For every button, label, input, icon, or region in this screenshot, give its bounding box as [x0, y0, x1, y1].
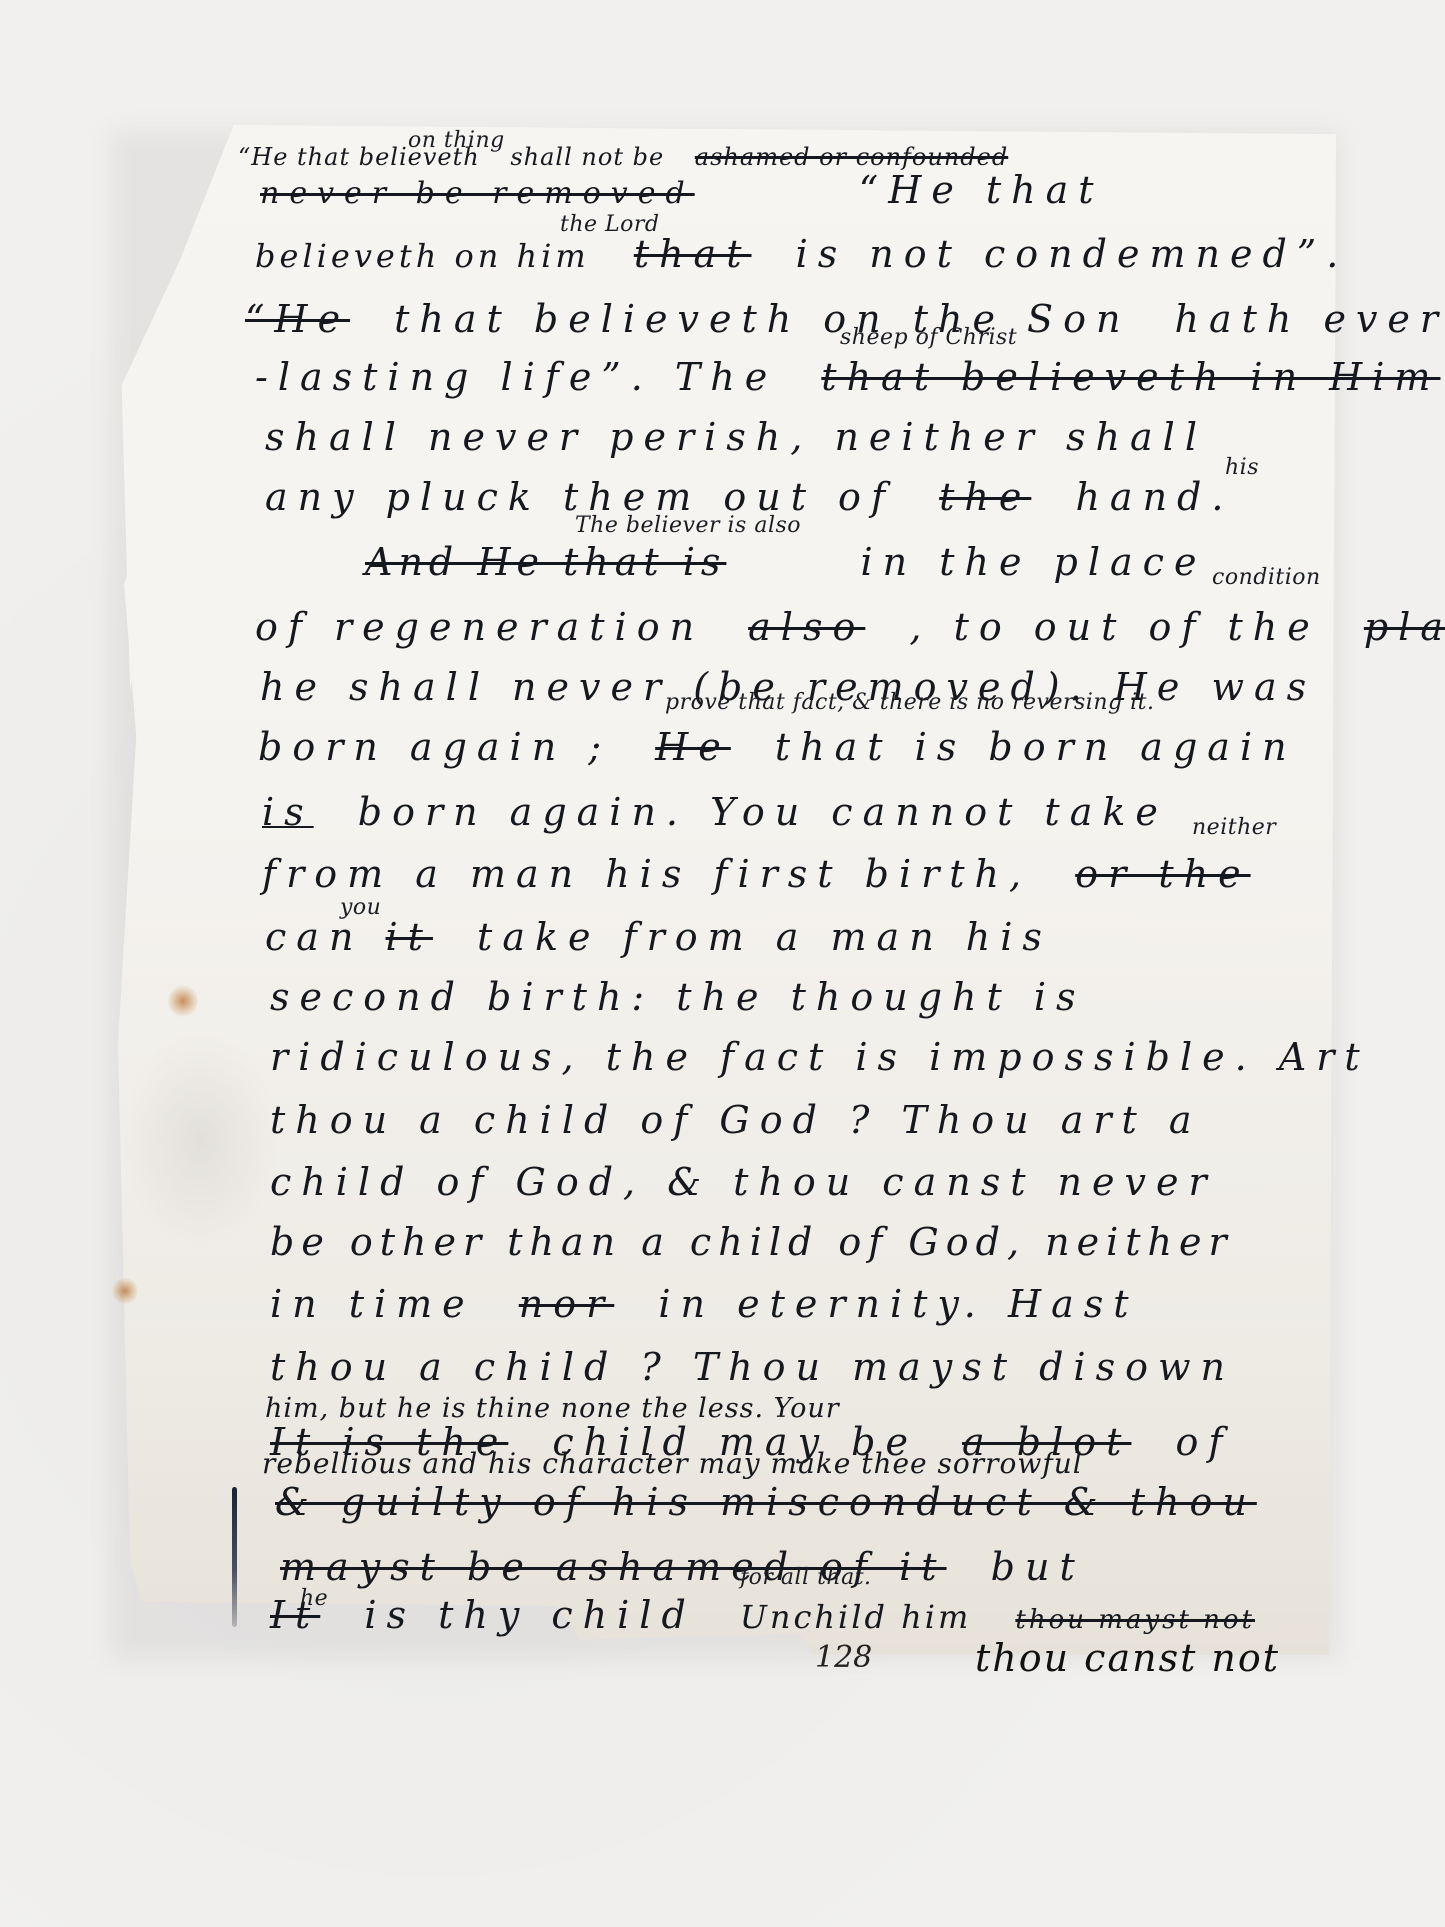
line-text: born again. You cannot take	[358, 790, 1168, 834]
line-text: be other than a child of God, neither	[270, 1220, 1234, 1264]
insertion-text: the Lord	[560, 212, 659, 237]
struck-text: thou mayst not	[1015, 1605, 1255, 1635]
struck-text: And He that is	[365, 540, 726, 584]
insertion-text: you	[340, 895, 381, 920]
manuscript-line: mayst be ashamed of it but	[280, 1545, 1107, 1589]
line-text: that believeth on the Son	[394, 297, 1130, 341]
ink-stroke-mark	[232, 1487, 237, 1627]
rust-stain	[112, 1278, 138, 1304]
insertion-text: neither	[1192, 815, 1276, 840]
struck-text: nor	[519, 1282, 615, 1326]
line-text: Unchild him	[740, 1598, 971, 1636]
struck-text: or the	[1075, 852, 1250, 896]
manuscript-line: rebellious and his character may make th…	[262, 1447, 1105, 1480]
insertion-text: sheep of Christ	[840, 325, 1017, 350]
struck-text: it	[386, 915, 433, 959]
smudge-mark	[120, 1030, 280, 1250]
manuscript-line: born again ; He that is born again	[258, 725, 1319, 769]
struck-text: the	[939, 475, 1031, 519]
manuscript-line: of regeneration also , to out of the pla…	[255, 605, 1445, 649]
rust-stain	[168, 985, 198, 1017]
manuscript-line: -lasting life”. The that believeth in Hi…	[255, 355, 1445, 399]
line-text: shall not be	[510, 143, 664, 171]
struck-text: “He	[245, 297, 350, 341]
manuscript-line: & guilty of his misconduct & thou	[275, 1480, 1279, 1524]
struck-text: never be removed	[260, 176, 695, 211]
line-text: believeth on him	[255, 237, 590, 275]
line-text: in the place	[861, 540, 1207, 584]
manuscript-line: believeth on him that is not condemned”.	[255, 232, 1370, 276]
line-text: ridiculous, the fact is impossible. Art	[270, 1035, 1370, 1079]
insertion-text: he	[300, 1586, 328, 1611]
manuscript-line: child of God, & thou canst never	[270, 1160, 1239, 1204]
line-text: take from a man his	[477, 915, 1052, 959]
line-text: “He that	[859, 168, 1104, 212]
line-text: thou a child ? Thou mayst disown	[270, 1345, 1235, 1389]
line-text: hand.	[1075, 475, 1233, 519]
manuscript-line: is born again. You cannot take	[262, 790, 1190, 834]
line-text: , to out of the	[909, 605, 1319, 649]
insertion-text: his	[1225, 455, 1259, 480]
line-text: but	[991, 1545, 1085, 1589]
line-text: second birth: the thought is	[270, 975, 1086, 1019]
manuscript-line: from a man his first birth, or the	[262, 852, 1273, 896]
line-text: is thy child	[364, 1593, 695, 1637]
line-text: in eternity. Hast	[658, 1282, 1138, 1326]
line-text: rebellious and his character may make th…	[262, 1447, 1083, 1480]
manuscript-line: never be removed “He that	[260, 168, 1126, 212]
struck-text: place	[1364, 605, 1445, 649]
manuscript-line: And He that is in the place	[365, 540, 1228, 584]
line-text: child of God, & thou canst never	[270, 1160, 1217, 1204]
line-text: in time	[270, 1282, 475, 1326]
struck-text: ashamed or confounded	[695, 143, 1008, 171]
manuscript-line: thou a child of God ? Thou art a	[270, 1098, 1224, 1142]
struck-text: He	[655, 725, 731, 769]
manuscript-photo: “He that believeth shall not be ashamed …	[0, 0, 1445, 1927]
line-text: that is born again	[775, 725, 1297, 769]
closing-line: thou canst not	[975, 1636, 1280, 1680]
page-number: 128	[815, 1640, 872, 1675]
underlined-text: is	[262, 790, 314, 834]
struck-text: also	[748, 605, 865, 649]
manuscript-line: shall never perish, neither shall	[265, 415, 1229, 459]
struck-text: that believeth in Him	[821, 355, 1440, 399]
line-text: thou a child of God ? Thou art a	[270, 1098, 1202, 1142]
line-text: born again ;	[258, 725, 611, 769]
insertion-text: for all that.	[740, 1565, 872, 1590]
manuscript-line: can it take from a man his	[265, 915, 1074, 959]
manuscript-line: It is thy child Unchild him thou mayst n…	[270, 1593, 1277, 1637]
line-text: hath ever-	[1175, 297, 1445, 341]
insertion-text: on thing	[408, 128, 505, 153]
line-text: of	[1176, 1420, 1233, 1464]
manuscript-line: be other than a child of God, neither	[270, 1220, 1256, 1264]
line-text: shall never perish, neither shall	[265, 415, 1207, 459]
struck-text: & guilty of his misconduct & thou	[275, 1480, 1257, 1524]
insertion-text: prove that fact, & there is no reversing…	[665, 690, 1154, 715]
manuscript-line: “He that believeth shall not be ashamed …	[238, 143, 1030, 171]
insertion-text: condition	[1212, 565, 1321, 590]
line-text: from a man his first birth,	[262, 852, 1031, 896]
line-text: can	[265, 915, 363, 959]
manuscript-line: second birth: the thought is	[270, 975, 1108, 1019]
manuscript-line: thou a child ? Thou mayst disown	[270, 1345, 1257, 1389]
line-text: is not condemned”.	[796, 232, 1349, 276]
insertion-text: The believer is also	[575, 513, 801, 538]
manuscript-line: ridiculous, the fact is impossible. Art	[270, 1035, 1392, 1079]
line-text: of regeneration	[255, 605, 704, 649]
line-text: -lasting life”. The	[255, 355, 777, 399]
manuscript-line: in time nor in eternity. Hast	[270, 1282, 1161, 1326]
struck-text: that	[634, 232, 752, 276]
